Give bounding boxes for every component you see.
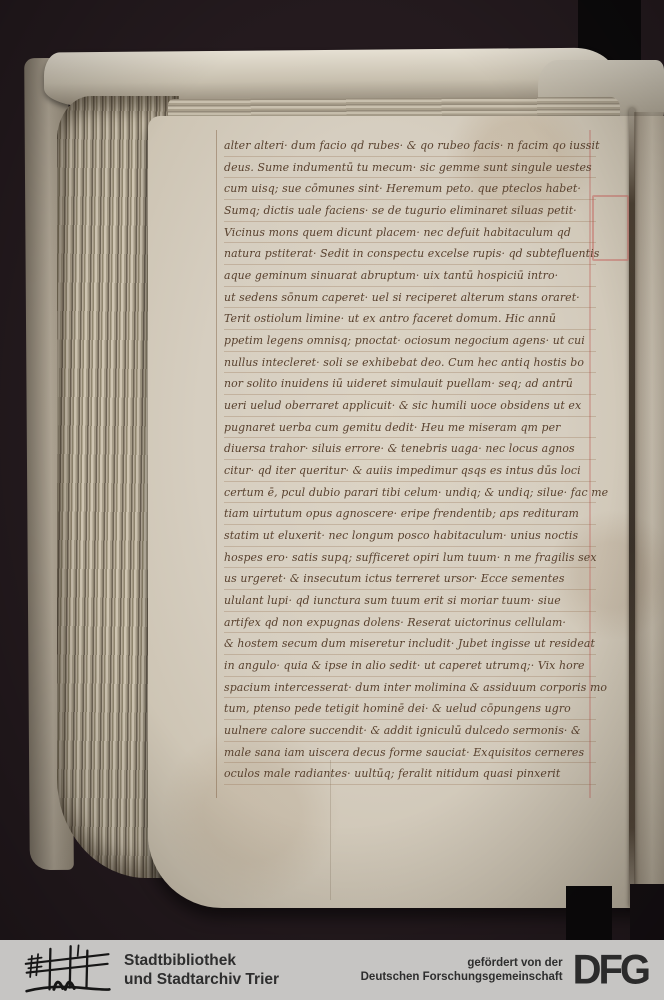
manuscript-line: ueri uelud oberraret applicuit· & sic hu… (224, 395, 596, 417)
manuscript-line: oculos male radiantes· uultūq; feralit n… (224, 763, 596, 785)
library-name-line2: und Stadtarchiv Trier (124, 970, 279, 989)
manuscript-line: diuersa trahor· siluis errore· & tenebri… (224, 438, 596, 460)
footer-bar: Stadtbibliothek und Stadtarchiv Trier ge… (0, 940, 664, 1000)
porta-nigra-sketch-icon (24, 943, 112, 997)
manuscript-line: aque geminum sinuarat abruptum· uix tant… (224, 265, 596, 287)
manuscript-text-block: alter alteri· dum facio qd rubes· & qo r… (224, 135, 596, 785)
manuscript-line: in angulo· quia & ipse in alio sedit· ut… (224, 655, 596, 677)
gutter-crease (629, 108, 635, 908)
manuscript-line: statim ut eluxerit· nec longum posco hab… (224, 525, 596, 547)
manuscript-line: nor solito inuidens iū uideret simulauit… (224, 373, 596, 395)
manuscript-line: certum ē, pcul dubio parari tibi celum· … (224, 482, 596, 504)
manuscript-line: alter alteri· dum facio qd rubes· & qo r… (224, 135, 596, 157)
manuscript-line: tum, ptenso pede tetigit hominē dei· & u… (224, 698, 596, 720)
dfg-logo: DFG (573, 946, 648, 993)
manuscript-line: deus. Sume indumentū tu mecum· sic gemme… (224, 157, 596, 179)
gutter-shadow (634, 112, 664, 908)
manuscript-line: citur· qd iter queritur· & auiis impedim… (224, 460, 596, 482)
manuscript-line: ut sedens sōnum caperet· uel si recipere… (224, 287, 596, 309)
manuscript-line: us urgeret· & insecutum ictus terreret u… (224, 568, 596, 590)
manuscript-line: & hostem secum dum miseretur includit· J… (224, 633, 596, 655)
manuscript-line: ululant lupi· qd iunctura sum tuum erit … (224, 590, 596, 612)
funding-line1: gefördert von der (361, 956, 563, 970)
funding-line2: Deutschen Forschungsgemeinschaft (361, 970, 563, 984)
manuscript-line: natura pstiterat· Sedit in conspectu exc… (224, 243, 596, 265)
manuscript-line: Terit ostiolum limine· ut ex antro facer… (224, 308, 596, 330)
manuscript-line: Vicinus mons quem dicunt placem· nec def… (224, 222, 596, 244)
manuscript-line: tiam uirtutum opus agnoscere· eripe fren… (224, 503, 596, 525)
manuscript-line: pugnaret uerba cum gemitu dedit· Heu me … (224, 417, 596, 439)
manuscript-line: spacium intercesserat· dum inter molimin… (224, 677, 596, 699)
digitized-manuscript-view: alter alteri· dum facio qd rubes· & qo r… (0, 0, 664, 1000)
manuscript-line: male sana iam uiscera decus forme saucia… (224, 742, 596, 764)
manuscript-line: hospes ero· satis supq; sufficeret opiri… (224, 547, 596, 569)
manuscript-line: artifex qd non expugnas dolens· Reserat … (224, 612, 596, 634)
shadow-corner-bottom-right (630, 884, 664, 940)
manuscript-line: uulnere calore succendit· & addit ignicu… (224, 720, 596, 742)
photo-background: alter alteri· dum facio qd rubes· & qo r… (0, 0, 664, 940)
manuscript-line: ppetim legens omnisq; pnoctat· ociosum n… (224, 330, 596, 352)
manuscript-line: nullus intecleret· soli se exhibebat deo… (224, 352, 596, 374)
library-name-line1: Stadtbibliothek (124, 951, 279, 970)
book-strap-bottom (566, 886, 612, 940)
ruling-margin-left (216, 130, 217, 798)
funding-credit: gefördert von der Deutschen Forschungsge… (361, 956, 563, 984)
manuscript-line: cum uisq; sue cōmunes sint· Heremum peto… (224, 178, 596, 200)
library-name: Stadtbibliothek und Stadtarchiv Trier (124, 951, 279, 989)
manuscript-line: Sumq; dictis uale faciens· se de tugurio… (224, 200, 596, 222)
